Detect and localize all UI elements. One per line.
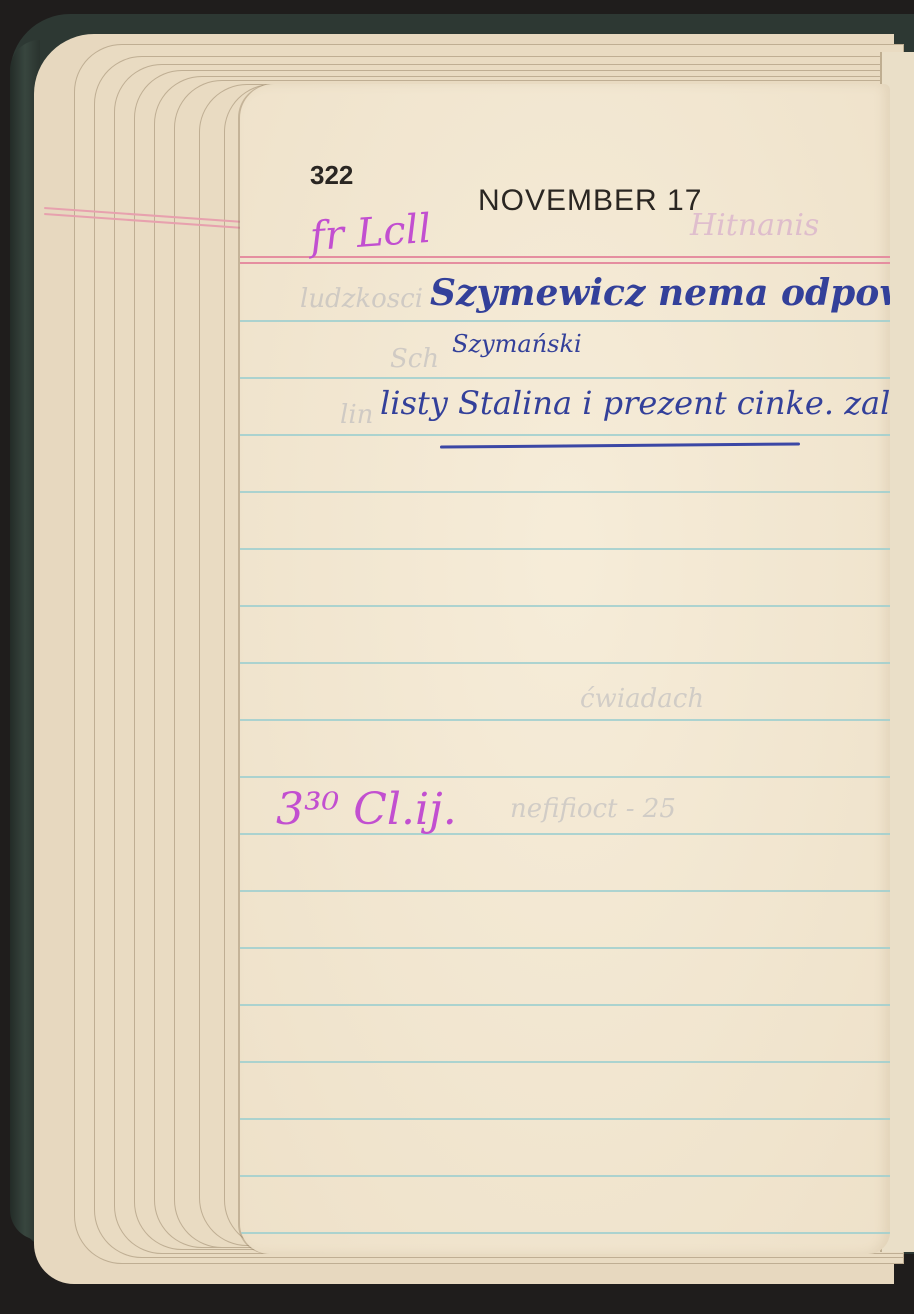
ruled-line (240, 377, 890, 379)
ruled-line (240, 1004, 890, 1006)
ruled-line (240, 662, 890, 664)
handwritten-header-note: fr Lcll (309, 206, 433, 260)
diary-page: 322 NOVEMBER 17 Hitnanis ludzkosci Sch l… (240, 84, 890, 1254)
ruled-line (240, 1232, 890, 1234)
handwritten-line-3: listy Stalina i prezent cinke. zale (380, 384, 890, 422)
show-through-text: nefifioct - 25 (510, 794, 676, 824)
ruled-line (240, 1061, 890, 1063)
ruled-line (240, 320, 890, 322)
ruled-line (240, 776, 890, 778)
ruled-line (240, 434, 890, 436)
ruled-line (240, 1118, 890, 1120)
show-through-text: Hitnanis (690, 208, 819, 243)
page-number: 322 (310, 160, 353, 191)
paper-texture (240, 84, 890, 1254)
handwritten-line-1: Szymewicz nema odpow. (430, 272, 890, 314)
show-through-text: lin (340, 400, 373, 430)
show-through-text: Sch (390, 344, 439, 374)
ruled-line (240, 491, 890, 493)
handwritten-line-2: Szymański (452, 330, 582, 358)
ruled-line (240, 947, 890, 949)
ruled-line (240, 719, 890, 721)
ruled-line (240, 1175, 890, 1177)
date-heading: NOVEMBER 17 (478, 184, 702, 218)
handwritten-time-note: 3³⁰ Cl.ij. (276, 784, 457, 835)
show-through-text: ludzkosci (300, 284, 423, 314)
ruled-line (240, 605, 890, 607)
ruled-line (240, 890, 890, 892)
header-rule (240, 262, 890, 264)
ruled-line (240, 548, 890, 550)
show-through-text: ćwiadach (580, 684, 704, 714)
